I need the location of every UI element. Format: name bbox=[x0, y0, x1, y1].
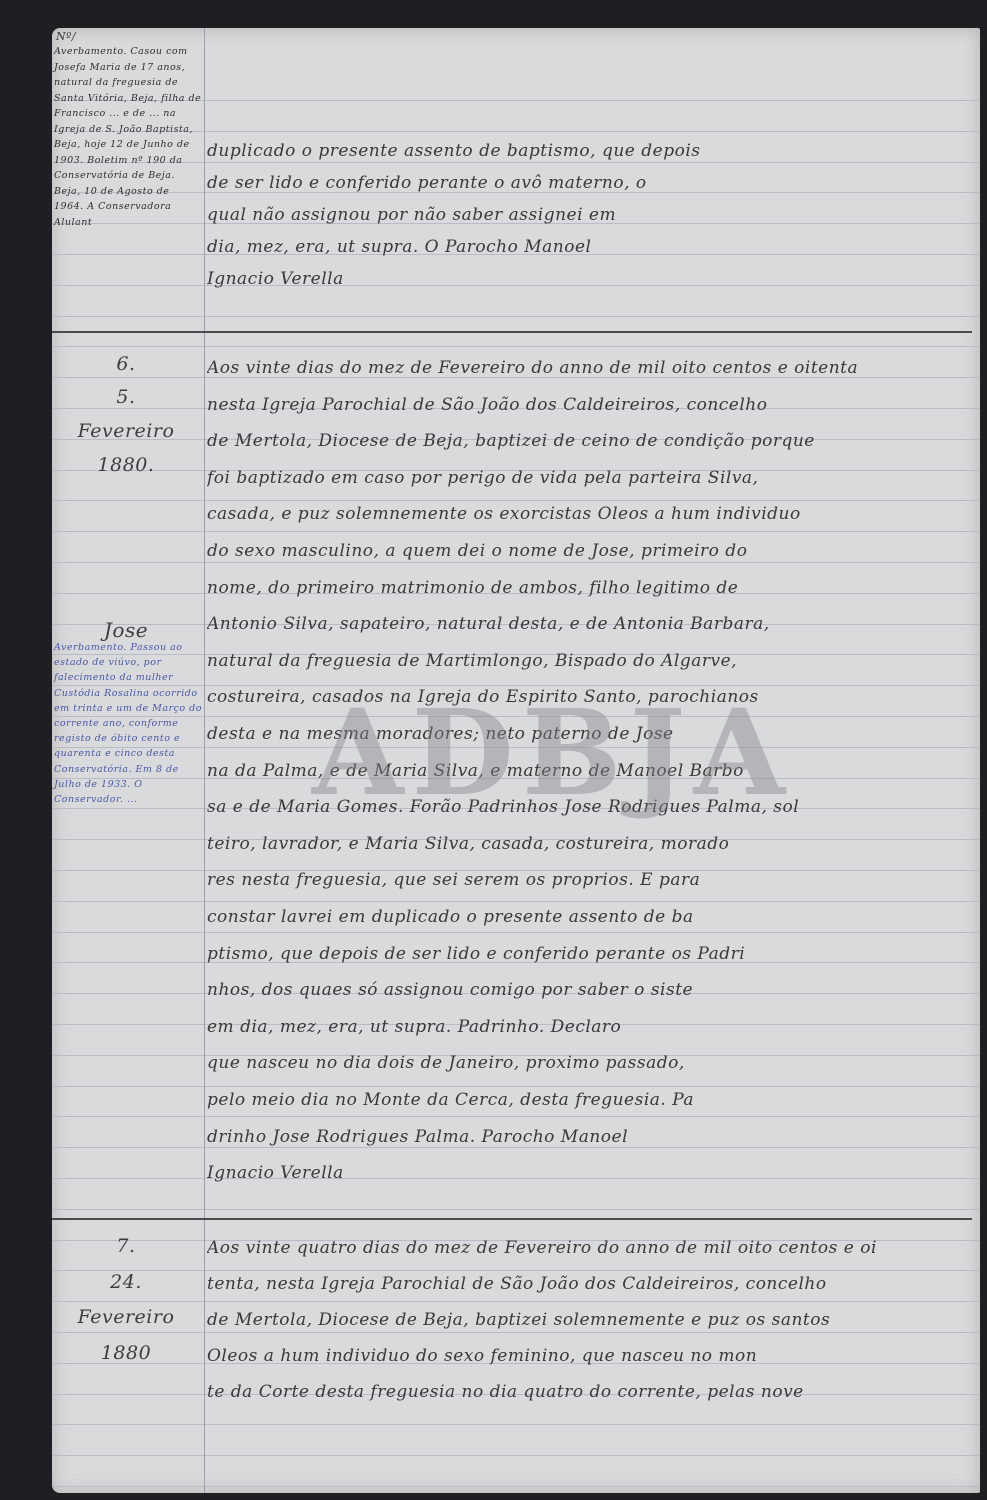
section-divider bbox=[52, 331, 972, 333]
entry-line: nhos, dos quaes só assignou comigo por s… bbox=[207, 975, 972, 1005]
entry-line: Aos vinte dias do mez de Fevereiro do an… bbox=[207, 353, 972, 383]
entry-prev-line: dia, mez, era, ut supra. O Parocho Manoe… bbox=[207, 232, 972, 262]
entry-line: Aos vinte quatro dias do mez de Fevereir… bbox=[207, 1233, 972, 1263]
entry-line: de Mertola, Diocese de Beja, baptizei so… bbox=[207, 1305, 972, 1335]
rule-line bbox=[52, 316, 980, 317]
blue-margin-note: Averbamento. Passou ao estado de viúvo, … bbox=[54, 640, 204, 807]
entry-line: Oleos a hum individuo do sexo feminino, … bbox=[207, 1341, 972, 1371]
entry-line: drinho Jose Rodrigues Palma. Parocho Man… bbox=[207, 1122, 972, 1152]
entry-line: res nesta freguesia, que sei serem os pr… bbox=[207, 865, 972, 895]
entry-prev-line: duplicado o presente assento de baptismo… bbox=[207, 136, 972, 166]
entry-number: 6. bbox=[52, 353, 200, 375]
entry-line: ptismo, que depois de ser lido e conferi… bbox=[207, 939, 972, 969]
entry-year: 1880 bbox=[52, 1342, 200, 1364]
entry-line: Ignacio Verella bbox=[207, 1158, 972, 1188]
entry-line: do sexo masculino, a quem dei o nome de … bbox=[207, 536, 972, 566]
entry-line: casada, e puz solemnemente os exorcistas… bbox=[207, 499, 972, 529]
entry-prev-line: Ignacio Verella bbox=[207, 264, 972, 294]
margin-line bbox=[204, 28, 205, 1493]
entry-line: pelo meio dia no Monte da Cerca, desta f… bbox=[207, 1085, 972, 1115]
rule-line bbox=[52, 1424, 980, 1425]
rule-line bbox=[52, 1455, 980, 1456]
entry-prev-line: qual não assignou por não saber assignei… bbox=[207, 200, 972, 230]
entry-line: tenta, nesta Igreja Parochial de São Joã… bbox=[207, 1269, 972, 1299]
register-page: Nº/ Averbamento. Casou com Josefa Maria … bbox=[52, 28, 980, 1493]
entry-line: natural da freguesia de Martimlongo, Bis… bbox=[207, 646, 972, 676]
entry-line: nesta Igreja Parochial de São João dos C… bbox=[207, 390, 972, 420]
entry-line: em dia, mez, era, ut supra. Padrinho. De… bbox=[207, 1012, 972, 1042]
rule-line bbox=[52, 1209, 980, 1210]
rule-line bbox=[52, 346, 980, 347]
entry-line: Antonio Silva, sapateiro, natural desta,… bbox=[207, 609, 972, 639]
rule-line bbox=[52, 531, 980, 532]
margin-ref: Nº/ bbox=[56, 30, 76, 43]
entry-month: Fevereiro bbox=[52, 1306, 200, 1328]
rule-line bbox=[52, 1116, 980, 1117]
entry-line: foi baptizado em caso por perigo de vida… bbox=[207, 463, 972, 493]
margin-note-averbamento: Averbamento. Casou com Josefa Maria de 1… bbox=[54, 44, 202, 230]
rule-line bbox=[52, 1486, 980, 1487]
watermark: ADBJA bbox=[312, 683, 793, 822]
entry-line: teiro, lavrador, e Maria Silva, casada, … bbox=[207, 829, 972, 859]
entry-day: 5. bbox=[52, 386, 200, 408]
entry-day: 24. bbox=[52, 1271, 200, 1293]
entry-line: constar lavrei em duplicado o presente a… bbox=[207, 902, 972, 932]
entry-number: 7. bbox=[52, 1235, 200, 1257]
entry-line: de Mertola, Diocese de Beja, baptizei de… bbox=[207, 426, 972, 456]
entry-year: 1880. bbox=[52, 454, 200, 476]
entry-line: que nasceu no dia dois de Janeiro, proxi… bbox=[207, 1048, 972, 1078]
section-divider bbox=[52, 1218, 972, 1220]
baptized-name: Jose bbox=[52, 618, 200, 642]
entry-line: te da Corte desta freguesia no dia quatr… bbox=[207, 1377, 972, 1407]
entry-prev-line: de ser lido e conferido perante o avô ma… bbox=[207, 168, 972, 198]
entry-line: nome, do primeiro matrimonio de ambos, f… bbox=[207, 573, 972, 603]
rule-line bbox=[52, 1301, 980, 1302]
entry-month: Fevereiro bbox=[52, 420, 200, 442]
